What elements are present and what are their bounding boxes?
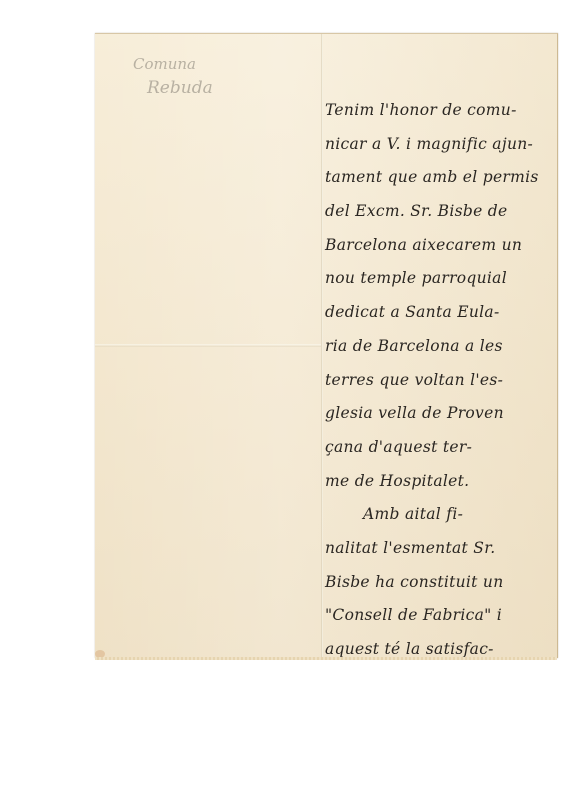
- horizontal-fold-line: [95, 344, 321, 347]
- letter-line: nicar a V. i magnific ajun-: [325, 128, 553, 162]
- vertical-fold-line: [321, 34, 323, 658]
- paper-stain: [95, 650, 105, 658]
- letter-line: çana d'aquest ter-: [325, 431, 553, 465]
- letter-line: Bisbe ha constituit un: [325, 566, 553, 600]
- pencil-note-line-2: Rebuda: [147, 76, 213, 100]
- letter-line: me de Hospitalet.: [325, 465, 553, 499]
- letter-line: glesia vella de Proven: [325, 397, 553, 431]
- letter-line: Tenim l'honor de comu-: [325, 94, 553, 128]
- letter-line: tament que amb el permis: [325, 161, 553, 195]
- letter-line: dedicat a Santa Eula-: [325, 296, 553, 330]
- letter-line: aquest té la satisfac-: [325, 633, 553, 667]
- letter-line: "Consell de Fabrica" i: [325, 599, 553, 633]
- letter-line: Barcelona aixecarem un: [325, 229, 553, 263]
- letter-line: Amb aital fi-: [325, 498, 553, 532]
- letter-body-text: Tenim l'honor de comu- nicar a V. i magn…: [325, 94, 553, 667]
- letter-line: ria de Barcelona a les: [325, 330, 553, 364]
- letter-line: nalitat l'esmentat Sr.: [325, 532, 553, 566]
- letter-sheet: Comuna Rebuda Tenim l'honor de comu- nic…: [95, 33, 558, 658]
- pencil-annotation: Comuna Rebuda: [133, 52, 213, 100]
- letter-line: nou temple parroquial: [325, 262, 553, 296]
- pencil-note-line-1: Comuna: [133, 52, 213, 76]
- letter-line: del Excm. Sr. Bisbe de: [325, 195, 553, 229]
- letter-line: terres que voltan l'es-: [325, 364, 553, 398]
